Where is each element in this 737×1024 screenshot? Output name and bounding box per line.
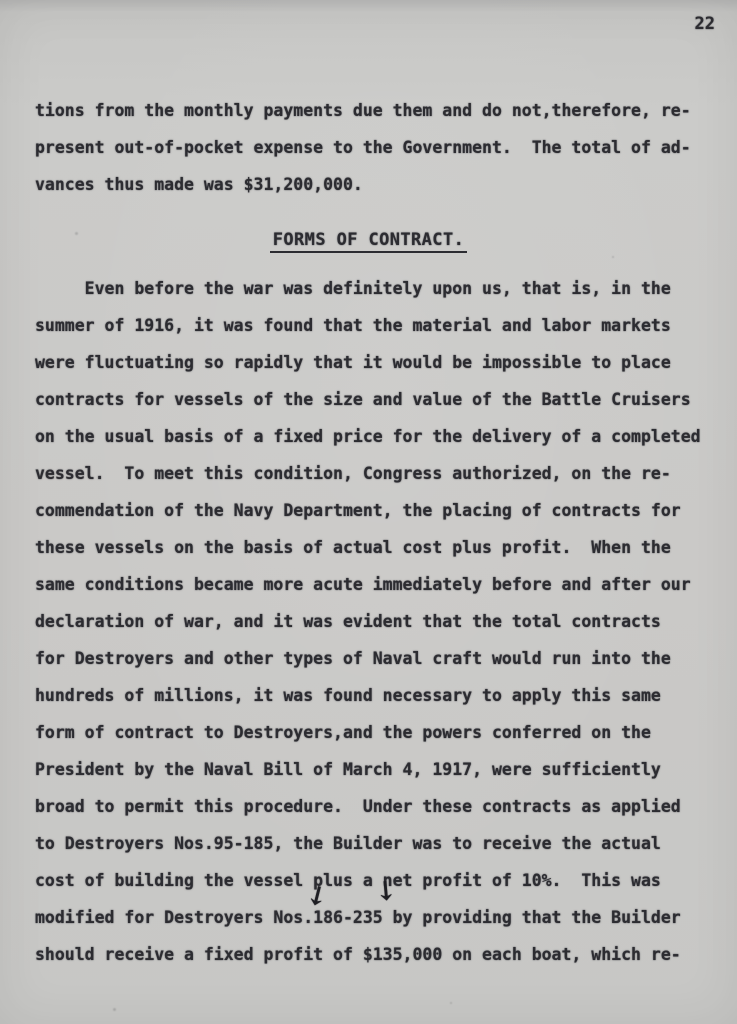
typed-line: same conditions became more acute immedi… [35,566,701,603]
typed-line: modified for Destroyers Nos.186-235 by p… [35,899,701,936]
scan-speck [450,1002,452,1004]
typed-line: contracts for vessels of the size and va… [35,381,701,418]
typed-line: these vessels on the basis of actual cos… [35,529,701,566]
typed-line: summer of 1916, it was found that the ma… [35,307,701,344]
typed-line: hundreds of millions, it was found neces… [35,677,701,714]
typed-line: present out-of-pocket expense to the Gov… [35,129,691,166]
section-heading-row: FORMS OF CONTRACT. [0,230,737,253]
typed-line: cost of building the vessel plus a net p… [35,862,701,899]
scan-speck [75,232,78,235]
scanned-document-page: 22 tions from the monthly payments due t… [0,0,737,1024]
typed-line: broad to permit this procedure. Under th… [35,788,701,825]
typed-line: President by the Naval Bill of March 4, … [35,751,701,788]
typed-line: commendation of the Navy Department, the… [35,492,701,529]
typed-line: for Destroyers and other types of Naval … [35,640,701,677]
typed-line: vessel. To meet this condition, Congress… [35,455,701,492]
main-paragraph: Even before the war was definitely upon … [35,270,701,973]
pencil-arrow-down-icon: ↓ [374,878,398,906]
section-heading: FORMS OF CONTRACT. [270,230,467,253]
typed-line: on the usual basis of a fixed price for … [35,418,701,455]
scan-speck [612,256,614,258]
typed-line: were fluctuating so rapidly that it woul… [35,344,701,381]
typed-line: vances thus made was $31,200,000. [35,166,691,203]
scan-speck [113,1008,116,1011]
typed-line: declaration of war, and it was evident t… [35,603,701,640]
typed-line: tions from the monthly payments due them… [35,92,691,129]
page-number: 22 [695,14,715,34]
typed-line: should receive a fixed profit of $135,00… [35,936,701,973]
typed-line: form of contract to Destroyers,and the p… [35,714,701,751]
typed-line: to Destroyers Nos.95-185, the Builder wa… [35,825,701,862]
paragraph-continuation: tions from the monthly payments due them… [35,92,691,203]
typed-line: Even before the war was definitely upon … [35,270,701,307]
